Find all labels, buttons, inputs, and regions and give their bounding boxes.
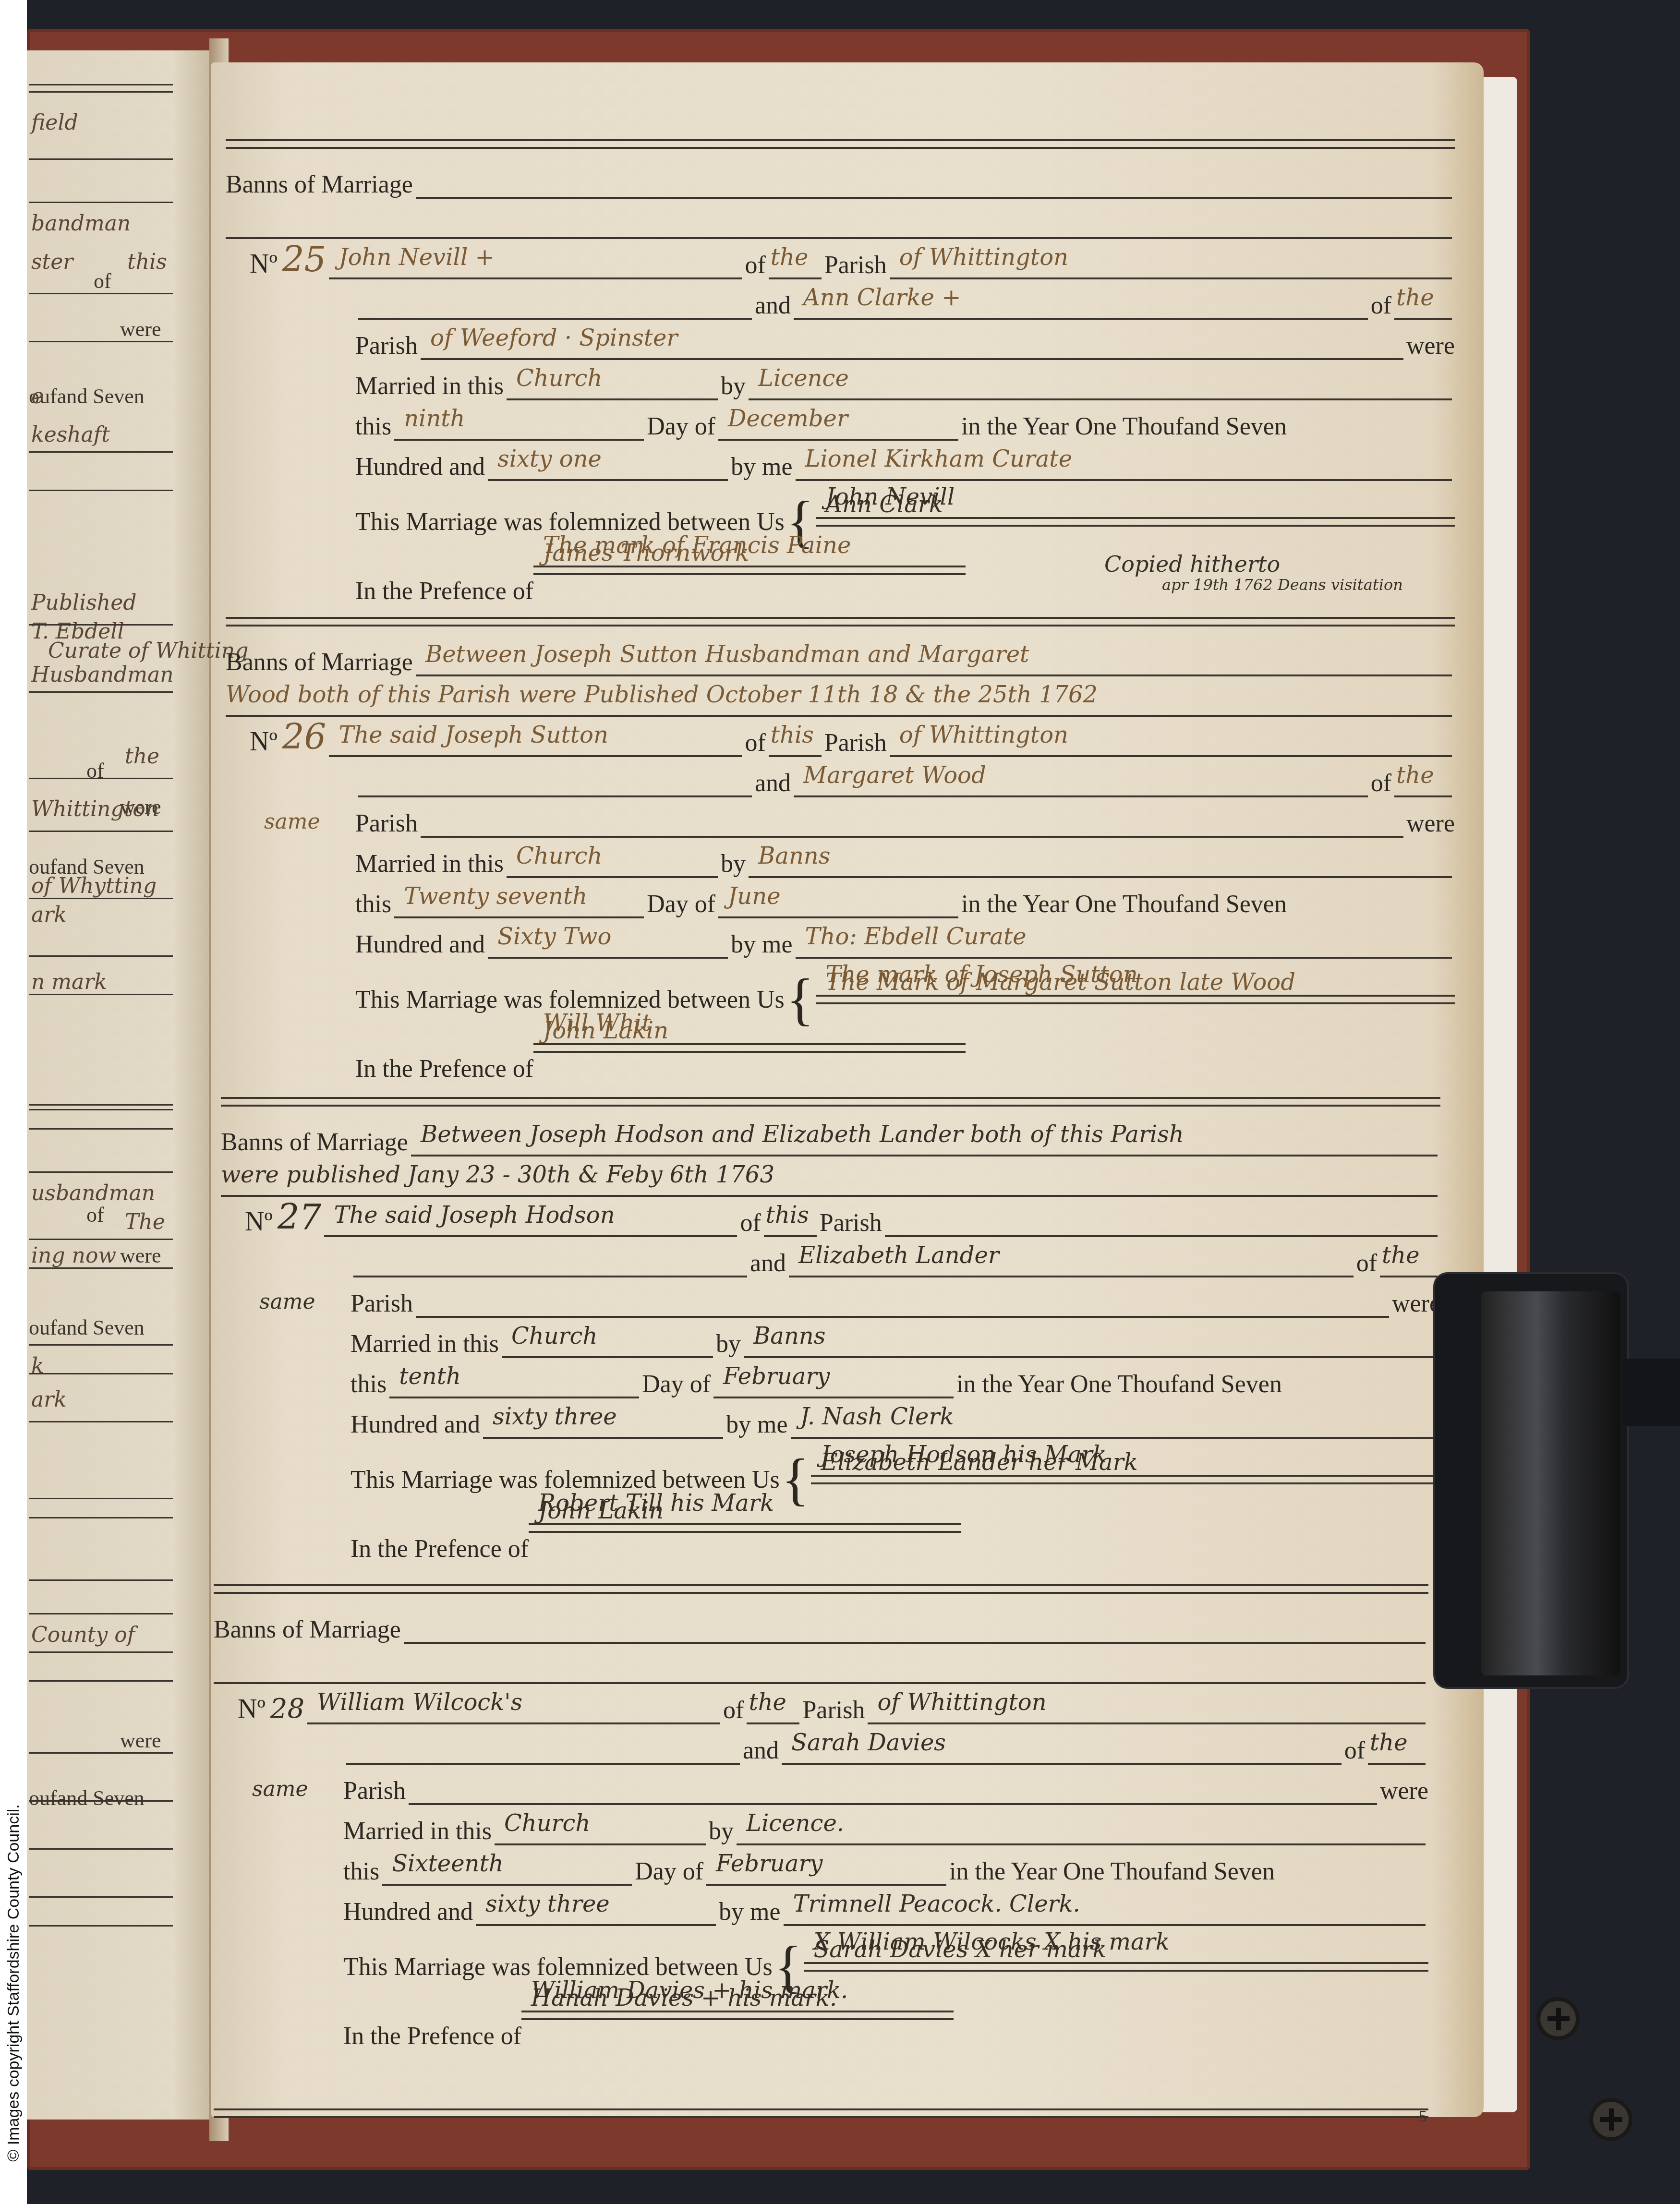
text-place: Church <box>504 1810 590 1837</box>
form-field-line: Church <box>507 843 718 878</box>
left-page-handwritten-fragment: of Whytting <box>31 874 157 898</box>
form-field-line: John Lakin <box>529 1531 961 1533</box>
copyright-text: © Images copyright Staffordshire County … <box>4 1804 23 2161</box>
text-groom: William Wilcock's <box>317 1689 522 1716</box>
form-field-line: J. Nash Clerk <box>791 1403 1438 1439</box>
left-page-rule <box>29 1517 173 1518</box>
form-line: Banns of MarriageBetween Joseph Sutton H… <box>226 636 1455 676</box>
left-page-rule <box>29 1925 173 1927</box>
text-of: of <box>1371 291 1391 320</box>
form-field-line <box>404 1608 1426 1644</box>
form-field-line: Sarah Davies <box>782 1729 1342 1765</box>
left-page-rule <box>29 1128 173 1130</box>
form-field-line <box>421 802 1403 838</box>
screw-icon <box>1589 2098 1632 2141</box>
text-bride-parish: of Weeford · Spinster <box>430 325 677 351</box>
left-page-printed-fragment: of <box>86 1203 104 1227</box>
text-and: and <box>755 291 791 320</box>
text-hundred-and: Hundred and <box>343 1898 473 1926</box>
entry-number: 25 <box>282 239 326 279</box>
text-this: this <box>343 1857 379 1886</box>
text-by: by <box>721 372 746 400</box>
form-line: thistenth Day ofFebruary in the Year One… <box>221 1358 1440 1398</box>
form-field-line: the <box>747 1689 799 1724</box>
form-line <box>226 199 1455 239</box>
text-in-the-year: in the Year One Thoufand Seven <box>956 1370 1282 1398</box>
text-month: June <box>728 883 780 910</box>
form-line: sameParishwere <box>226 797 1455 838</box>
left-page-rule <box>29 1800 173 1802</box>
text-bride: Sarah Davies <box>791 1729 946 1756</box>
form-line: Banns of Marriage <box>214 1603 1428 1644</box>
form-field-line: William Wilcock's <box>307 1689 720 1724</box>
text-and: and <box>750 1249 786 1277</box>
copied-annotation: Copied hitherto apr 19th 1762 Deans visi… <box>1104 552 1403 593</box>
form-line: Hundred andsixty three by meTrimnell Pea… <box>214 1886 1428 1926</box>
text-by: by <box>709 1817 734 1845</box>
form-field-line: this <box>764 1202 817 1237</box>
text-groom-parish: of Whittington <box>899 244 1068 271</box>
text-married-in-this: Married in this <box>355 850 504 878</box>
form-field-line: Banns <box>749 843 1452 878</box>
text-no: Nº <box>245 1206 273 1237</box>
form-field-line: the <box>1394 762 1452 797</box>
left-page-handwritten-fragment: usbandman <box>31 1181 155 1205</box>
left-page-rule <box>29 1421 173 1422</box>
left-page-rule <box>29 1109 173 1110</box>
text-of: of <box>740 1209 761 1237</box>
left-page-printed-fragment: were <box>120 1243 161 1268</box>
form-field-line: Elizabeth Lander <box>789 1242 1354 1277</box>
text-no: Nº <box>250 726 278 757</box>
form-line: and Margaret Wood ofthe <box>226 757 1455 797</box>
form-field-line: Hanah Davies + his mark. <box>521 2018 954 2020</box>
witnesses: The mark of Francis Paine James Thornwor… <box>533 563 966 578</box>
form-field-line: of Whittington <box>890 722 1452 757</box>
text-this: this <box>351 1370 387 1398</box>
text-bride: Margaret Wood <box>803 762 986 789</box>
text-year: sixty three <box>485 1891 610 1917</box>
text-groom-parish: of Whittington <box>899 722 1068 748</box>
form-field-line: ninth <box>394 405 644 441</box>
text-1: James Thornwork <box>543 540 749 566</box>
form-line: Hundred andSixty Two by meTho: Ebdell Cu… <box>226 918 1455 959</box>
text-day: Twenty seventh <box>404 883 587 910</box>
text-bride: Elizabeth Lander <box>798 1242 999 1269</box>
form-line: thisTwenty seventh Day ofJune in the Yea… <box>226 878 1455 918</box>
form-line: Nº25 John Nevill + ofthe Parishof Whitti… <box>226 239 1455 279</box>
banns-field-2 <box>226 204 1452 239</box>
form-field-line: Ann Clark <box>816 525 1455 527</box>
text-year: sixty three <box>493 1403 617 1430</box>
left-page-rule <box>29 1344 173 1346</box>
left-page-rule <box>29 955 173 957</box>
text-presence: In the Prefence of <box>355 577 533 605</box>
left-page-rule <box>29 1651 173 1653</box>
left-page-rule <box>29 341 173 342</box>
text-bride-of: the <box>1396 762 1434 789</box>
form-field-line: The Mark of Margaret Sutton late Wood <box>816 1002 1455 1004</box>
left-page-rule <box>29 293 173 294</box>
form-line: and Ann Clarke + ofthe <box>226 279 1455 320</box>
left-page-rule <box>29 1613 173 1614</box>
form-line: sameParishwere <box>221 1277 1440 1318</box>
form-field-line: were published Jany 23 - 30th & Feby 6th… <box>221 1161 1438 1197</box>
left-page-handwritten-fragment: ster <box>31 250 73 274</box>
form-line: were published Jany 23 - 30th & Feby 6th… <box>221 1156 1440 1197</box>
left-page-handwritten-fragment: ark <box>31 1387 67 1412</box>
text-banns: Banns of Marriage <box>221 1128 408 1156</box>
form-field-line: Tho: Ebdell Curate <box>796 923 1452 959</box>
form-field-line: Church <box>495 1810 706 1845</box>
form-line: This Marriage was folemnized between Us{… <box>226 959 1455 1040</box>
form-field-line <box>409 1770 1377 1805</box>
left-page-rule <box>29 1680 173 1682</box>
left-page-handwritten-fragment: e <box>31 384 44 409</box>
form-field-line: Trimnell Peacock. Clerk. <box>784 1891 1426 1926</box>
form-line: Nº28 William Wilcock's ofthe Parishof Wh… <box>214 1684 1428 1724</box>
left-page-handwritten-fragment: County of <box>31 1623 135 1647</box>
text-no: Nº <box>238 1694 266 1724</box>
form-field-line: Licence <box>749 365 1452 400</box>
text-hundred-and: Hundred and <box>355 930 485 959</box>
text-in-the-year: in the Year One Thoufand Seven <box>949 1857 1275 1886</box>
left-page-rule <box>29 1579 173 1581</box>
left-page-handwritten-fragment: field <box>31 110 78 135</box>
text-1: Elizabeth Lander her Mark <box>821 1449 1137 1476</box>
form-line: thisninth Day ofDecember in the Year One… <box>226 400 1455 441</box>
text-this: this <box>355 412 391 441</box>
form-field-line: sixty three <box>476 1891 716 1926</box>
double-rule <box>214 2108 1428 2118</box>
number-label: Nº <box>250 249 278 279</box>
text-bride-of: the <box>1396 284 1434 311</box>
form-field-line: John Lakin <box>533 1051 966 1053</box>
left-page-handwritten-fragment: keshaft <box>31 422 110 447</box>
text-day-of: Day of <box>635 1857 703 1886</box>
left-page-rule <box>29 84 173 85</box>
form-line: Banns of Marriage <box>226 158 1455 199</box>
left-page-rule <box>29 691 173 693</box>
bride-field: Ann Clarke + <box>794 284 1368 320</box>
screw-icon <box>1536 1997 1580 2040</box>
left-page-rule <box>29 158 173 160</box>
text-groom-parish: of Whittington <box>877 1689 1046 1716</box>
left-page-printed-fragment: oufand Seven <box>29 1315 145 1340</box>
text-parish: Parish <box>824 251 887 279</box>
text-officiant: Lionel Kirkham Curate <box>805 446 1073 472</box>
left-page-handwritten-fragment: n mark <box>31 970 107 994</box>
form-field-line: The said Joseph Hodson <box>324 1202 737 1237</box>
text-1: Wood both of this Parish were Published … <box>226 681 1098 708</box>
bride-parish-field: of Weeford · Spinster <box>421 325 1403 360</box>
form-line: Nº27 The said Joseph Hodson ofthis Paris… <box>221 1197 1440 1237</box>
left-page-handwritten-fragment: Curate of Whitting <box>48 638 248 663</box>
form-field-line: Twenty seventh <box>394 883 644 918</box>
page-number: 5 <box>1419 2108 1427 2126</box>
text-day: Sixteenth <box>392 1850 504 1877</box>
text-1: were published Jany 23 - 30th & Feby 6th… <box>221 1161 774 1188</box>
form-field-line: Banns <box>744 1323 1438 1358</box>
left-page-rule <box>29 831 173 832</box>
text-groom-of: the <box>771 244 809 271</box>
text-by: Licence <box>758 365 849 392</box>
text-place: Church <box>516 843 602 869</box>
text-parish: Parish <box>355 810 418 837</box>
text-1: John Lakin <box>543 1017 668 1044</box>
left-page-rule <box>29 91 173 93</box>
form-line: Married in thisChurch byBanns <box>226 838 1455 878</box>
text-in-the-year: in the Year One Thoufand Seven <box>961 412 1287 441</box>
text-officiant: Trimnell Peacock. Clerk. <box>793 1891 1080 1917</box>
form-field-line: this <box>769 722 822 757</box>
text-month: February <box>723 1363 830 1390</box>
text-were: were <box>1380 1777 1428 1805</box>
form-field-line <box>416 1282 1389 1318</box>
text-number: 26 <box>282 717 326 757</box>
text-0: Between Joseph Hodson and Elizabeth Land… <box>421 1121 1184 1148</box>
text-of: of <box>745 251 765 279</box>
banns-label: Banns of Marriage <box>226 170 413 199</box>
text-number: 28 <box>270 1693 304 1724</box>
text-were: were <box>1406 809 1455 838</box>
text-by-me: by me <box>731 453 793 481</box>
text-year: Sixty Two <box>497 923 611 950</box>
text-bride-of: the <box>1370 1729 1408 1756</box>
text-of: of <box>1344 1736 1365 1765</box>
text-prefix: same <box>264 809 320 834</box>
form-field-line <box>353 1242 747 1277</box>
left-page-rule <box>29 898 173 899</box>
text-by-me: by me <box>719 1898 781 1926</box>
text-prefix: same <box>259 1289 315 1314</box>
form-field-line: the <box>1380 1242 1438 1277</box>
form-field-line: Between Joseph Hodson and Elizabeth Land… <box>411 1121 1438 1156</box>
left-page-rule <box>29 451 173 453</box>
text-groom-of: this <box>766 1202 809 1228</box>
form-line: Parishof Weeford · Spinsterwere <box>226 320 1455 360</box>
text-by: Licence. <box>746 1810 844 1837</box>
form-field-line: Sixteenth <box>382 1850 632 1886</box>
text-of: of <box>1356 1249 1377 1277</box>
form-line <box>214 1644 1428 1684</box>
left-page-rule <box>29 1848 173 1850</box>
text-by: by <box>721 850 746 878</box>
text-month: December <box>728 405 848 432</box>
banns-field <box>416 163 1452 199</box>
text-by: Banns <box>753 1323 825 1349</box>
text-of: of <box>723 1696 744 1724</box>
clip-roller <box>1481 1291 1620 1675</box>
text-parish: Parish <box>355 332 418 360</box>
entry-26: Banns of MarriageBetween Joseph Sutton H… <box>226 617 1455 1122</box>
left-page-handwritten-fragment: ark <box>31 903 67 927</box>
text-place: Church <box>511 1323 597 1349</box>
brace: { <box>782 1457 810 1503</box>
text-in-the-year: in the Year One Thoufand Seven <box>961 890 1287 918</box>
text-married-in-this: Married in this <box>351 1330 499 1358</box>
double-rule <box>214 1584 1428 1594</box>
text-were: were <box>1406 332 1455 360</box>
groom-field: John Nevill + <box>329 244 742 279</box>
text-parish: Parish <box>802 1696 865 1724</box>
clip-arm <box>1623 1359 1680 1426</box>
left-page-handwritten-fragment: Published <box>31 590 136 615</box>
left-page-printed-fragment: of <box>94 269 111 293</box>
form-field-line: February <box>713 1363 954 1398</box>
form-field-line: Lionel Kirkham Curate <box>796 446 1452 481</box>
brace: { <box>786 976 814 1023</box>
text-parish: Parish <box>351 1290 413 1317</box>
text-1: Hanah Davies + his mark. <box>531 1985 837 2011</box>
text-married-in-this: Married in this <box>343 1817 492 1845</box>
text-hundred-and: Hundred and <box>355 453 485 481</box>
text-1: The Mark of Margaret Sutton late Wood <box>825 969 1295 996</box>
form-field-line: Sarah Davies X her mark <box>804 1970 1428 1972</box>
text-month: February <box>716 1850 822 1877</box>
text-and: and <box>755 769 791 797</box>
text-by: by <box>716 1330 741 1358</box>
text-bride-of: the <box>1382 1242 1420 1269</box>
form-line: sameParishwere <box>214 1765 1428 1805</box>
left-page-rule <box>29 624 173 626</box>
text-of: of <box>745 729 765 757</box>
form-field-line: tenth <box>389 1363 639 1398</box>
left-page-rule <box>29 1752 173 1754</box>
form-line: Married in thisChurch byLicence <box>226 360 1455 400</box>
form-field-line: Church <box>502 1323 713 1358</box>
text-and: and <box>743 1736 779 1765</box>
left-page-handwritten-fragment: k <box>31 1354 44 1378</box>
text-by-me: by me <box>731 930 793 959</box>
form-line: Nº26 The said Joseph Sutton ofthis Paris… <box>226 717 1455 757</box>
text-groom: The said Joseph Sutton <box>338 722 608 748</box>
left-page-handwritten-fragment: The <box>125 1210 165 1234</box>
form-line: In the Prefence of William Davies + his … <box>214 2008 1428 2089</box>
form-field-line: Between Joseph Sutton Husbandman and Mar… <box>416 641 1452 676</box>
form-line: Married in thisChurch byBanns <box>221 1318 1440 1358</box>
text-day-of: Day of <box>647 890 715 918</box>
form-field-line <box>346 1729 740 1765</box>
form-field-line: of Whittington <box>868 1689 1426 1724</box>
text-banns: Banns of Marriage <box>214 1615 401 1644</box>
text-annotation: Copied hitherto <box>1104 551 1280 577</box>
left-page-printed-fragment: were <box>120 317 161 341</box>
text-by-me: by me <box>726 1410 788 1439</box>
text-groom-of: the <box>749 1689 786 1716</box>
groom-parish-field: of Whittington <box>890 244 1452 279</box>
text-1: Sarah Davies X her mark <box>813 1936 1106 1963</box>
text-0: Between Joseph Sutton Husbandman and Mar… <box>425 641 1029 668</box>
form-field-line <box>358 284 752 320</box>
text-by: Banns <box>758 843 830 869</box>
form-field-line: Church <box>507 365 718 400</box>
text-parish: Parish <box>343 1777 406 1805</box>
signatures: John Nevill Ann Clark <box>816 514 1455 530</box>
text-day-of: Day of <box>647 412 715 441</box>
form-field-line: Margaret Wood <box>794 762 1368 797</box>
text-banns: Banns of Marriage <box>226 648 413 676</box>
text-year: sixty one <box>497 446 602 472</box>
text-groom: John Nevill + <box>338 244 494 271</box>
left-page-rule <box>29 1171 173 1173</box>
text-presence: In the Prefence of <box>355 1055 533 1083</box>
text-parish: Parish <box>820 1209 882 1237</box>
form-field-line: The said Joseph Sutton <box>329 722 742 757</box>
form-field-line <box>358 762 752 797</box>
left-page-rule <box>29 1239 173 1240</box>
form-line: Wood both of this Parish were Published … <box>226 676 1455 717</box>
copyright-notice: © Images copyright Staffordshire County … <box>0 1776 27 2189</box>
form-field-line: Elizabeth Lander her Mark <box>811 1482 1440 1484</box>
text-bride: Ann Clarke + <box>803 284 961 311</box>
text-day: tenth <box>399 1363 461 1390</box>
form-field-line: sixty one <box>488 446 728 481</box>
form-field-line: February <box>706 1850 946 1886</box>
left-page-handwritten-fragment: ing now <box>31 1243 116 1268</box>
form-field-line: sixty three <box>483 1403 723 1439</box>
left-page-handwritten-fragment: Husbandman <box>31 662 173 687</box>
text-day: ninth <box>404 405 465 432</box>
text-this: this <box>355 890 391 918</box>
form-field-line: James Thornwork <box>533 573 966 575</box>
text-parish: Parish <box>824 729 887 757</box>
left-page-rule <box>29 1104 173 1106</box>
left-page-rule <box>29 490 173 491</box>
form-line: and Elizabeth Lander ofthe <box>221 1237 1440 1277</box>
double-rule <box>226 617 1455 626</box>
left-page-rule <box>29 1267 173 1269</box>
double-rule <box>221 1097 1440 1107</box>
entry-27: Banns of MarriageBetween Joseph Hodson a… <box>221 1097 1440 1602</box>
form-field-line: Licence. <box>737 1810 1426 1845</box>
left-page-printed-fragment: were <box>120 1728 161 1753</box>
left-page-rule <box>29 1896 173 1898</box>
form-line: Hundred andsixty three by meJ. Nash Cler… <box>221 1398 1440 1439</box>
left-page-rule <box>29 1373 173 1374</box>
form-line: Married in thisChurch byLicence. <box>214 1805 1428 1845</box>
form-field-line: the <box>1394 284 1452 320</box>
left-page-rule <box>29 778 173 779</box>
text-number: 27 <box>278 1197 322 1237</box>
left-page-handwritten-fragment: bandman <box>31 211 131 236</box>
form-line: Banns of MarriageBetween Joseph Hodson a… <box>221 1116 1440 1156</box>
left-page-handwritten-fragment: the <box>125 744 159 769</box>
form-field-line: Wood both of this Parish were Published … <box>226 681 1452 717</box>
form-field-line <box>214 1649 1426 1684</box>
form-line: thisSixteenth Day ofFebruary in the Year… <box>214 1845 1428 1886</box>
form-line: and Sarah Davies ofthe <box>214 1724 1428 1765</box>
form-field-line: Sixty Two <box>488 923 728 959</box>
left-page-handwritten-fragment: Whittington <box>31 797 159 821</box>
text-1: John Lakin <box>538 1497 664 1524</box>
form-field-line: the <box>1368 1729 1426 1765</box>
form-line: Hundred andsixty one by meLionel Kirkham… <box>226 441 1455 481</box>
form-field-line: the <box>769 244 822 279</box>
form-field-line: June <box>718 883 958 918</box>
form-field-line: December <box>718 405 958 441</box>
text-presence: In the Prefence of <box>343 2022 521 2050</box>
text-married-in-this: Married in this <box>355 372 504 400</box>
text-day-of: Day of <box>642 1370 711 1398</box>
text-officiant: Tho: Ebdell Curate <box>805 923 1027 950</box>
form-line: This Marriage was folemnized between Us{… <box>221 1439 1440 1520</box>
text-groom: The said Joseph Hodson <box>334 1202 615 1228</box>
text-groom-of: this <box>771 722 814 748</box>
text-hundred-and: Hundred and <box>351 1410 480 1439</box>
entry-28: Banns of Marriage Nº28 William Wilcock's… <box>214 1584 1428 2128</box>
left-page-printed-fragment: oufand Seven <box>29 1786 145 1810</box>
